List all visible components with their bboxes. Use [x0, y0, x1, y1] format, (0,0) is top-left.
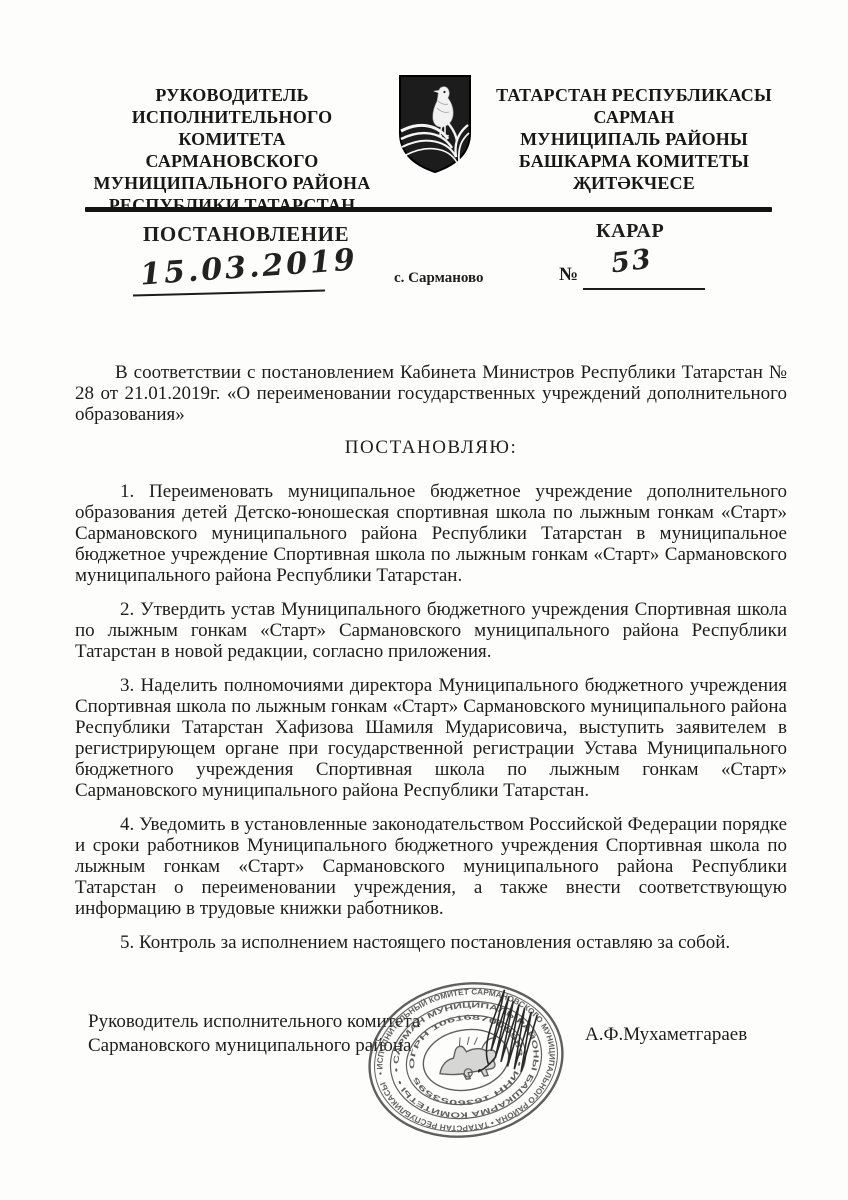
scanned-decree-page: РУКОВОДИТЕЛЬ ИСПОЛНИТЕЛЬНОГО КОМИТЕТА СА… [0, 0, 848, 1200]
letterhead-line: ТАТАРСТАН РЕСПУБЛИКАСЫ [484, 84, 784, 106]
letterhead-line: МУНИЦИПАЛЬ РАЙОНЫ [484, 128, 784, 150]
letterhead-line: САРМАН [484, 106, 784, 128]
handwritten-date: 15.03.2019 [139, 242, 359, 292]
doc-type-russian: ПОСТАНОВЛЕНИЕ [143, 222, 349, 247]
number-underline [583, 288, 705, 290]
letterhead-line: ҖИТӘКЧЕСЕ [484, 172, 784, 194]
decree-item-5: 5. Контроль за исполнением настоящего по… [75, 932, 787, 953]
letterhead-tatar: ТАТАРСТАН РЕСПУБЛИКАСЫ САРМАН МУНИЦИПАЛЬ… [484, 84, 784, 194]
number-sign: № [559, 264, 578, 286]
letterhead-line: РЕСПУБЛИКИ ТАТАРСТАН [82, 194, 382, 216]
header-divider-rule [85, 207, 772, 212]
decree-item-3: 3. Наделить полномочиями директора Муниц… [75, 675, 787, 801]
letterhead-russian: РУКОВОДИТЕЛЬ ИСПОЛНИТЕЛЬНОГО КОМИТЕТА СА… [82, 84, 382, 216]
handwritten-number: 53 [609, 244, 654, 280]
coat-of-arms-icon [396, 73, 474, 174]
letterhead-line: САРМАНОВСКОГО [82, 150, 382, 172]
decree-item-2: 2. Утвердить устав Муниципального бюджет… [75, 599, 787, 662]
doc-type-tatar: КАРАР [596, 220, 664, 243]
letterhead-line: БАШКАРМА КОМИТЕТЫ [484, 150, 784, 172]
decree-item-1: 1. Переименовать муниципальное бюджетное… [75, 481, 787, 586]
letterhead-line: ИСПОЛНИТЕЛЬНОГО КОМИТЕТА [82, 106, 382, 150]
signer-name: А.Ф.Мухаметгараев [585, 1024, 747, 1046]
handwritten-signature [478, 988, 568, 1080]
letterhead-line: РУКОВОДИТЕЛЬ [82, 84, 382, 106]
resolve-word: ПОСТАНОВЛЯЮ: [75, 437, 787, 458]
decree-body: В соответствии с постановлением Кабинета… [75, 362, 787, 966]
letterhead-line: МУНИЦИПАЛЬНОГО РАЙОНА [82, 172, 382, 194]
place-label: с. Сарманово [394, 270, 484, 287]
decree-item-4: 4. Уведомить в установленные законодател… [75, 814, 787, 919]
intro-paragraph: В соответствии с постановлением Кабинета… [75, 362, 787, 425]
